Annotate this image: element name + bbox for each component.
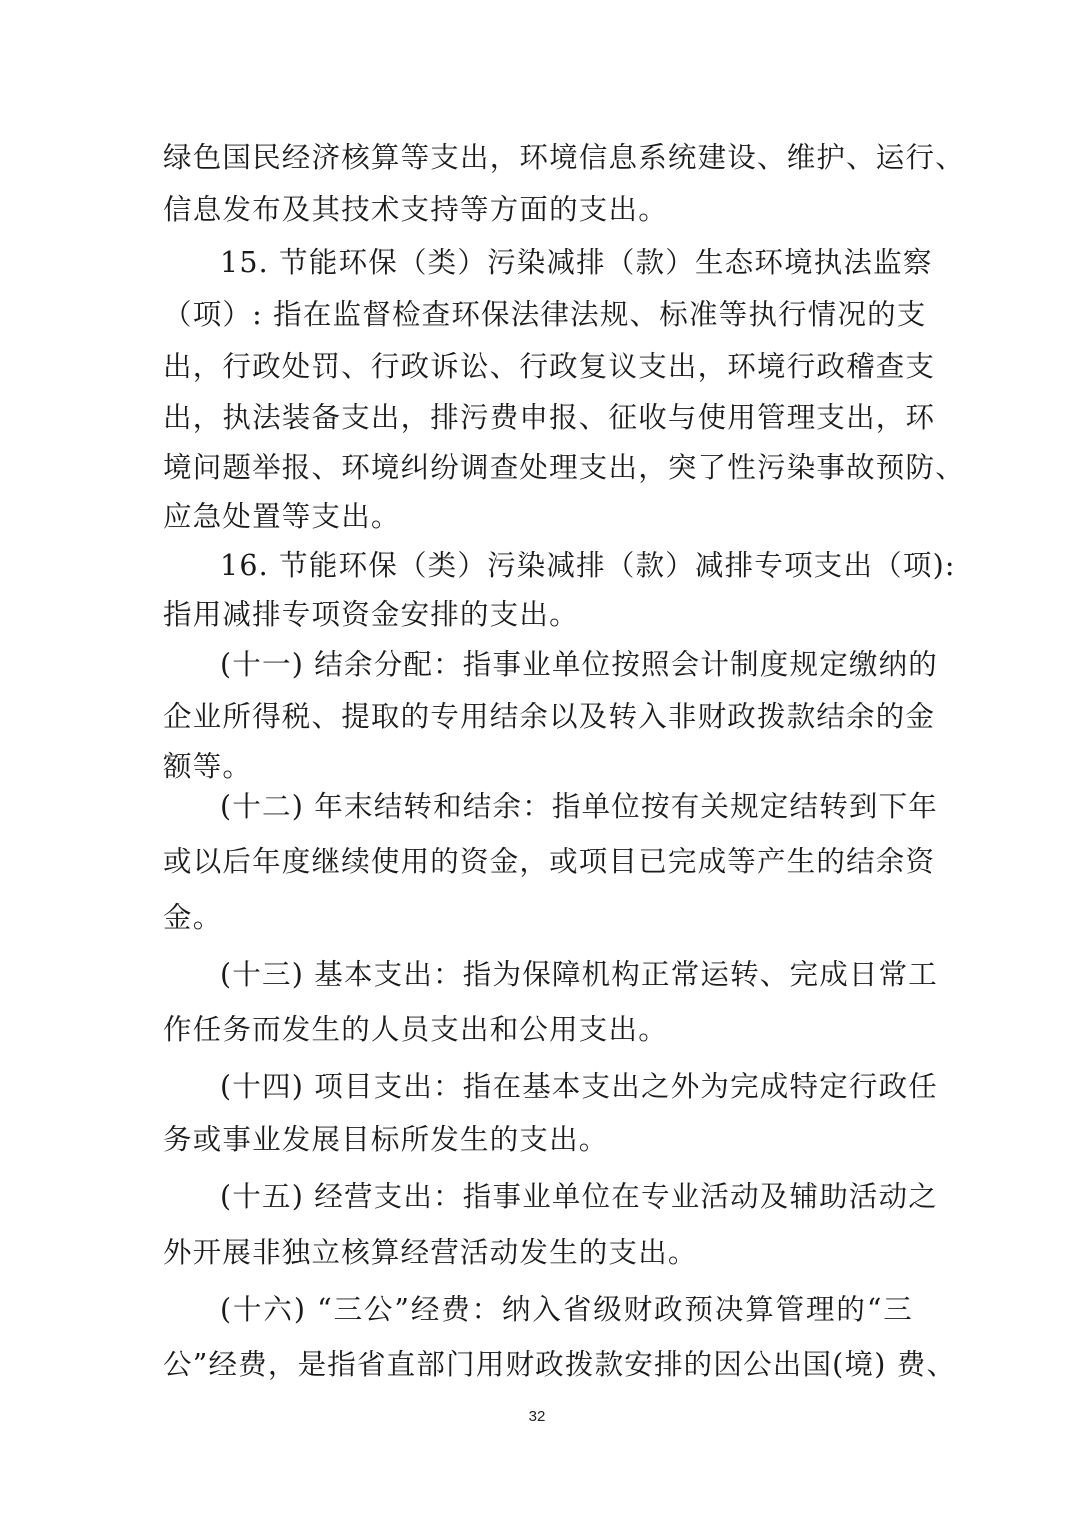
text-line: (十六) “三公”经费：纳入省级财政预决算管理的“三 — [220, 1293, 913, 1327]
text-line: 外开展非独立核算经营活动发生的支出。 — [163, 1236, 913, 1270]
text-line: (十三) 基本支出：指为保障机构正常运转、完成日常工 — [220, 958, 913, 992]
text-line: 15. 节能环保（类）污染减排（款）生态环境执法监察 — [220, 246, 913, 280]
text-line: 金。 — [163, 901, 913, 935]
text-line: 公”经费，是指省直部门用财政拨款安排的因公出国(境) 费、 — [163, 1348, 913, 1382]
page-number: 32 — [0, 1408, 1074, 1425]
text-line: 指用减排专项资金安排的支出。 — [163, 598, 913, 632]
text-line: 务或事业发展目标所发生的支出。 — [163, 1123, 913, 1157]
text-line: 绿色国民经济核算等支出，环境信息系统建设、维护、运行、 — [163, 141, 913, 175]
text-line: 出，执法装备支出，排污费申报、征收与使用管理支出，环 — [163, 401, 913, 435]
text-line: 应急处置等支出。 — [163, 500, 913, 534]
text-line: 信息发布及其技术支持等方面的支出。 — [163, 193, 913, 227]
text-line: 或以后年度继续使用的资金，或项目已完成等产生的结余资 — [163, 845, 913, 879]
text-line: 出，行政处罚、行政诉讼、行政复议支出，环境行政稽查支 — [163, 350, 913, 384]
text-line: (十五) 经营支出：指事业单位在专业活动及辅助活动之 — [220, 1180, 913, 1214]
text-line: 16. 节能环保（类）污染减排（款）减排专项支出（项): — [220, 549, 913, 583]
text-line: （项）: 指在监督检查环保法律法规、标准等执行情况的支 — [163, 298, 913, 332]
text-line: 企业所得税、提取的专用结余以及转入非财政拨款结余的金 — [163, 700, 913, 734]
text-line: (十二) 年末结转和结余：指单位按有关规定结转到下年 — [220, 790, 913, 824]
text-line: (十一) 结余分配：指事业单位按照会计制度规定缴纳的 — [220, 648, 913, 682]
text-line: 额等。 — [163, 750, 913, 784]
text-line: 境问题举报、环境纠纷调查处理支出，突了性污染事故预防、 — [163, 451, 913, 485]
document-page: 绿色国民经济核算等支出，环境信息系统建设、维护、运行、信息发布及其技术支持等方面… — [0, 0, 1074, 1520]
text-line: 作任务而发生的人员支出和公用支出。 — [163, 1013, 913, 1047]
text-line: (十四) 项目支出：指在基本支出之外为完成特定行政任 — [220, 1070, 913, 1104]
